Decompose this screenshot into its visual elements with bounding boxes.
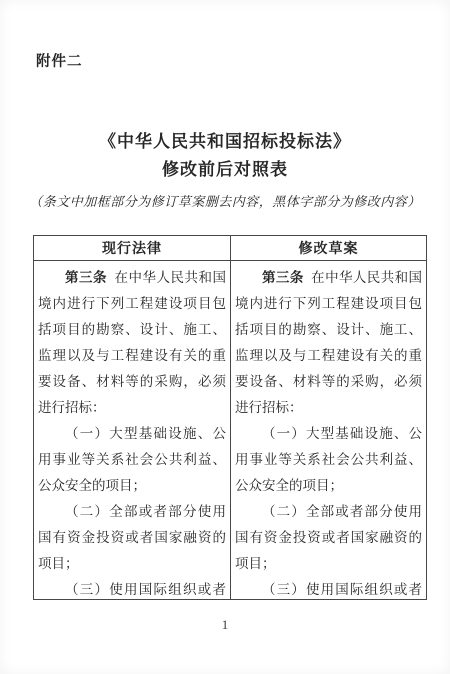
article-number: 第三条	[65, 270, 107, 285]
list-item: （二）全部或者部分使用国有资金投资或者国家融资的项目；	[235, 499, 422, 577]
cell-current-law: 第三条在中华人民共和国境内进行下列工程建设项目包括项目的勘察、设计、施工、监理以…	[34, 261, 230, 599]
list-item: （一）大型基础设施、公用事业等关系社会公共利益、公众安全的项目；	[38, 421, 226, 499]
attachment-label: 附件二	[36, 50, 83, 71]
table-body-row: 第三条在中华人民共和国境内进行下列工程建设项目包括项目的勘察、设计、施工、监理以…	[34, 261, 426, 599]
column-header-revision-draft: 修改草案	[230, 236, 426, 260]
article-text: 在中华人民共和国境内进行下列工程建设项目包括项目的勘察、设计、施工、监理以及与工…	[38, 270, 226, 415]
list-item: （二）全部或者部分使用国有资金投资或者国家融资的项目；	[38, 499, 226, 577]
page-number: 1	[0, 617, 450, 633]
cell-revision-draft: 第三条在中华人民共和国境内进行下列工程建设项目包括项目的勘察、设计、施工、监理以…	[230, 261, 426, 599]
comparison-table: 现行法律 修改草案 第三条在中华人民共和国境内进行下列工程建设项目包括项目的勘察…	[33, 235, 427, 600]
article-number: 第三条	[262, 270, 304, 285]
article-text: 在中华人民共和国境内进行下列工程建设项目包括项目的勘察、设计、施工、监理以及与工…	[235, 270, 422, 415]
table-header-row: 现行法律 修改草案	[34, 236, 426, 261]
list-item: （一）大型基础设施、公用事业等关系社会公共利益、公众安全的项目；	[235, 421, 422, 499]
column-header-current-law: 现行法律	[34, 236, 230, 260]
document-title-line2: 修改前后对照表	[0, 156, 450, 184]
list-item: （三）使用国际组织或者外	[235, 577, 422, 599]
document-page: { "page": { "attachment_label": "附件二", "…	[0, 0, 450, 674]
revision-note: （条文中加框部分为修订草案删去内容，黑体字部分为修改内容）	[0, 191, 450, 210]
document-title-line1: 《中华人民共和国招标投标法》	[0, 128, 450, 156]
list-item: （三）使用国际组织或者外	[38, 577, 226, 599]
article-paragraph: 第三条在中华人民共和国境内进行下列工程建设项目包括项目的勘察、设计、施工、监理以…	[38, 265, 226, 421]
document-title: 《中华人民共和国招标投标法》 修改前后对照表	[0, 128, 450, 184]
article-paragraph: 第三条在中华人民共和国境内进行下列工程建设项目包括项目的勘察、设计、施工、监理以…	[235, 265, 422, 421]
